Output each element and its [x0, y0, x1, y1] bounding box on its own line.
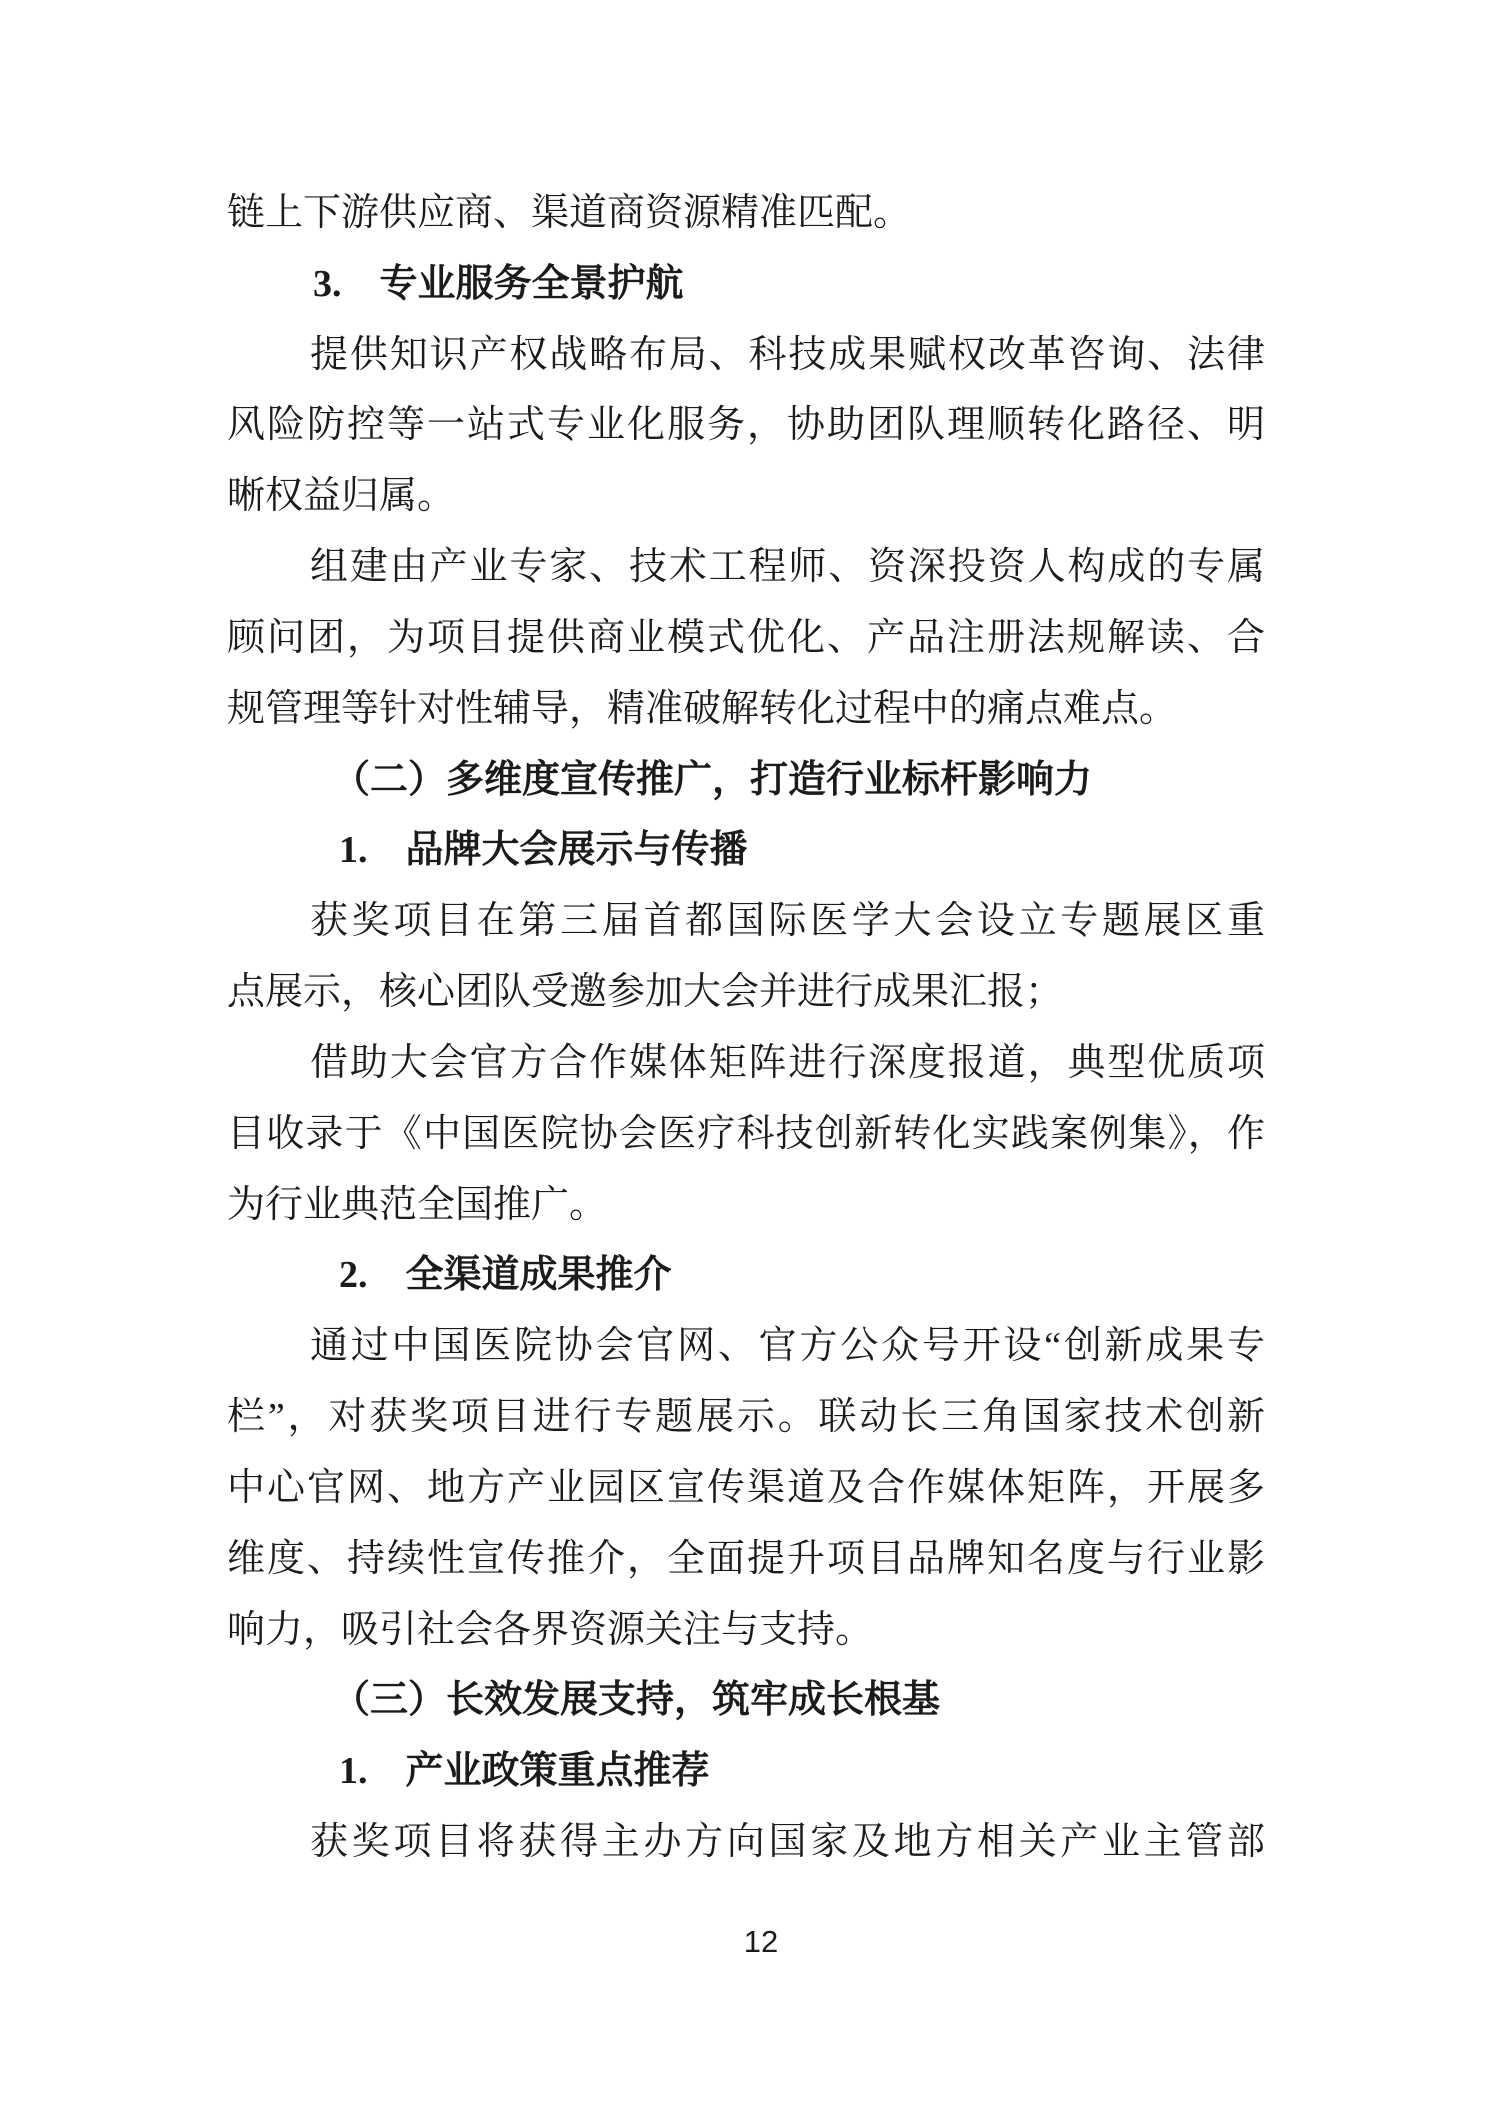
text-line: 通过中国医院协会官网、官方公众号开设“创新成果专 [227, 1311, 1265, 1382]
text-line: 链上下游供应商、渠道商资源精准匹配。 [227, 178, 1265, 249]
heading-line: 3. 专业服务全景护航 [227, 249, 1265, 320]
text-line: 规管理等针对性辅导，精准破解转化过程中的痛点难点。 [227, 674, 1265, 745]
heading-line: 1. 品牌大会展示与传播 [227, 815, 1265, 886]
text-line: 组建由产业专家、技术工程师、资深投资人构成的专属 [227, 532, 1265, 603]
text-line: 为行业典范全国推广。 [227, 1170, 1265, 1241]
heading-line: 2. 全渠道成果推介 [227, 1240, 1265, 1311]
text-line: 风险防控等一站式专业化服务，协助团队理顺转化路径、明 [227, 390, 1265, 461]
text-line: 栏”，对获奖项目进行专题展示。联动长三角国家技术创新 [227, 1382, 1265, 1453]
text-line: 获奖项目将获得主办方向国家及地方相关产业主管部 [227, 1807, 1265, 1878]
text-line: 点展示，核心团队受邀参加大会并进行成果汇报； [227, 957, 1265, 1028]
text-line: 顾问团，为项目提供商业模式优化、产品注册法规解读、合 [227, 603, 1265, 674]
text-line: 提供知识产权战略布局、科技成果赋权改革咨询、法律 [227, 320, 1265, 391]
document-page: 链上下游供应商、渠道商资源精准匹配。3. 专业服务全景护航提供知识产权战略布局、… [0, 0, 1500, 2120]
text-line: 借助大会官方合作媒体矩阵进行深度报道，典型优质项 [227, 1028, 1265, 1099]
text-line: 晰权益归属。 [227, 461, 1265, 532]
text-line: 获奖项目在第三届首都国际医学大会设立专题展区重 [227, 886, 1265, 957]
heading-line: （三）长效发展支持，筑牢成长根基 [227, 1665, 1265, 1736]
text-line: 维度、持续性宣传推介，全面提升项目品牌知名度与行业影 [227, 1524, 1265, 1595]
text-line: 响力，吸引社会各界资源关注与支持。 [227, 1595, 1265, 1666]
heading-line: 1. 产业政策重点推荐 [227, 1736, 1265, 1807]
page-number: 12 [0, 1924, 1500, 1960]
text-line: 目收录于《中国医院协会医疗科技创新转化实践案例集》，作 [227, 1099, 1265, 1170]
heading-line: （二）多维度宣传推广，打造行业标杆影响力 [227, 745, 1265, 816]
text-block: 链上下游供应商、渠道商资源精准匹配。3. 专业服务全景护航提供知识产权战略布局、… [227, 178, 1265, 1878]
text-line: 中心官网、地方产业园区宣传渠道及合作媒体矩阵，开展多 [227, 1453, 1265, 1524]
